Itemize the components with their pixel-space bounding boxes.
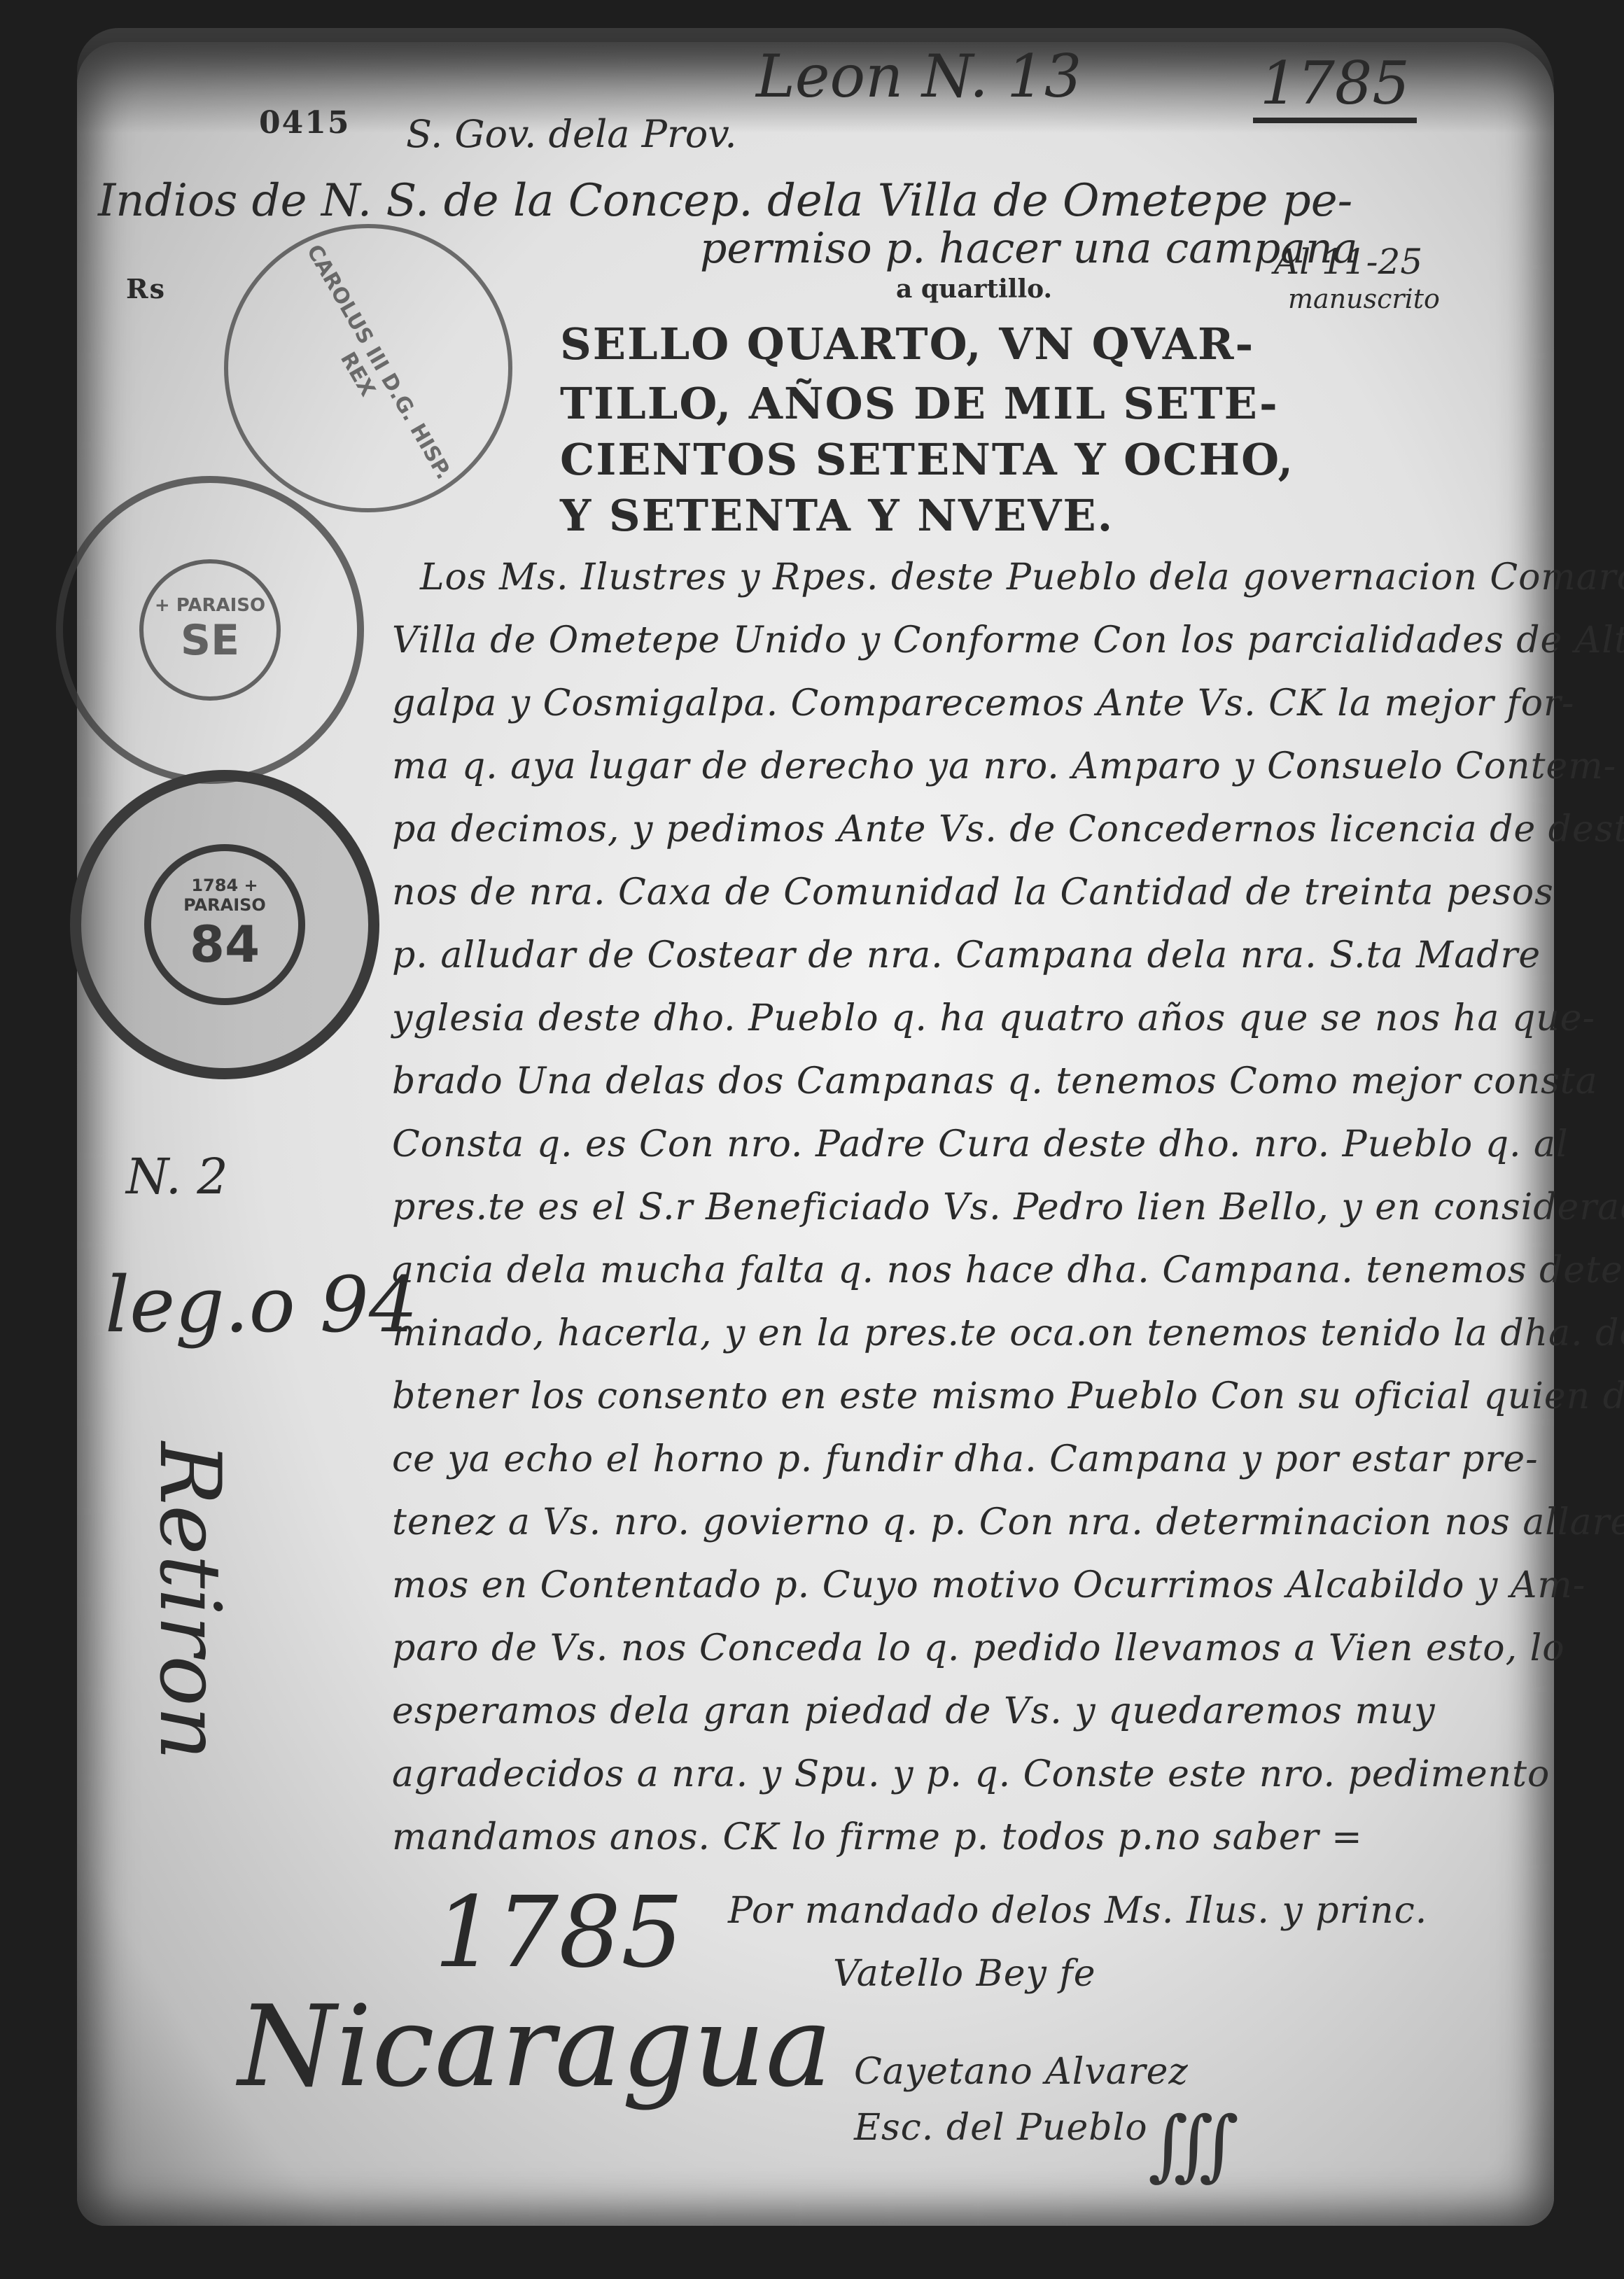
body-line: btener los consento en este mismo Pueblo…: [392, 1375, 1624, 1417]
body-line: mandamos anos. CK lo firme p. todos p.no…: [392, 1816, 1363, 1858]
region-signature: Nicaragua: [238, 1981, 832, 2112]
paraiso-seal-lower-center: 84: [190, 915, 260, 974]
body-line: brado Una delas dos Campanas q. tenemos …: [392, 1060, 1598, 1102]
printed-header-line: SELLO QUARTO, VN QVAR-: [560, 318, 1254, 370]
paraiso-seal-upper-center: SE: [181, 616, 239, 665]
margin-vertical-note: Retiron: [141, 1442, 238, 1760]
body-line: galpa y Cosmigalpa. Comparecemos Ante Vs…: [392, 682, 1574, 724]
body-line: pres.te es el S.r Beneficiado Vs. Pedro …: [392, 1186, 1624, 1228]
closing-signature: Vatello Bey fe: [833, 1953, 1095, 1995]
stamp-value-left: Rs: [126, 273, 166, 304]
margin-legajo: leg.o 94: [105, 1260, 418, 1349]
body-line: p. alludar de Costear de nra. Campana de…: [392, 934, 1541, 976]
body-line: agradecidos a nra. y Spu. y p. q. Conste…: [392, 1753, 1550, 1795]
header-reference: Leon N. 13: [756, 42, 1081, 111]
body-line: esperamos dela gran piedad de Vs. y qued…: [392, 1690, 1436, 1732]
body-line: mos en Contentado p. Cuyo motivo Ocurrim…: [392, 1564, 1585, 1606]
body-line: pa decimos, y pedimos Ante Vs. de Conced…: [392, 808, 1624, 850]
body-line: ma q. aya lugar de derecho ya nro. Ampar…: [392, 745, 1616, 787]
subject-line-2: Indios de N. S. de la Concep. dela Villa…: [98, 175, 1352, 227]
scan-background-left: [0, 0, 77, 2279]
margin-handwritten-year: 1785: [434, 1876, 683, 1990]
stamp-value-right: a quartillo.: [896, 274, 1052, 304]
rubric-flourish: ∭: [1148, 2100, 1239, 2189]
body-line: yglesia deste dho. Pueblo q. ha quatro a…: [392, 997, 1595, 1039]
royal-seal-legend: CAROLUS III D.G. HISP. REX: [277, 234, 460, 501]
paraiso-seal-upper-legend: + PARAISO: [155, 595, 265, 616]
body-line: nos de nra. Caxa de Comunidad la Cantida…: [392, 871, 1554, 913]
year-box: 1785: [1253, 49, 1417, 123]
closing-line: Por mandado delos Ms. Ilus. y princ.: [728, 1890, 1427, 1932]
signer-title: Esc. del Pueblo: [854, 2107, 1148, 2149]
paraiso-seal-lower: 1784 + PARAISO 84: [70, 770, 379, 1079]
body-line: ancia dela mucha falta q. nos hace dha. …: [392, 1249, 1624, 1291]
archive-number: 0415: [259, 105, 350, 141]
body-line: minado, hacerla, y en la pres.te oca.on …: [392, 1312, 1624, 1354]
subject-line-1: S. Gov. dela Prov.: [406, 112, 737, 156]
body-line: tenez a Vs. nro. govierno q. p. Con nra.…: [392, 1501, 1624, 1543]
body-line: Los Ms. Ilustres y Rpes. deste Pueblo de…: [420, 556, 1624, 598]
printed-header-line: TILLO, AÑOS DE MIL SETE-: [560, 378, 1279, 429]
body-line: Villa de Ometepe Unido y Conforme Con lo…: [392, 619, 1624, 661]
printed-header-line: Y SETENTA Y NVEVE.: [560, 490, 1114, 541]
folio-note-2: manuscrito: [1288, 283, 1440, 314]
body-line: paro de Vs. nos Conceda lo q. pedido lle…: [392, 1627, 1565, 1669]
margin-number-mark: N. 2: [126, 1148, 228, 1205]
printed-header-line: CIENTOS SETENTA Y OCHO,: [560, 434, 1294, 485]
body-line: ce ya echo el horno p. fundir dha. Campa…: [392, 1438, 1539, 1480]
royal-seal: CAROLUS III D.G. HISP. REX: [224, 224, 512, 512]
folio-note: Al 11-25: [1274, 241, 1422, 282]
paraiso-seal-upper: + PARAISO SE: [56, 476, 364, 784]
paraiso-seal-lower-legend: 1784 + PARAISO: [151, 876, 298, 915]
subject-line-3: permiso p. hacer una campana: [700, 224, 1358, 273]
signer-name: Cayetano Alvarez: [854, 2051, 1189, 2093]
body-line: Consta q. es Con nro. Padre Cura deste d…: [392, 1123, 1569, 1165]
